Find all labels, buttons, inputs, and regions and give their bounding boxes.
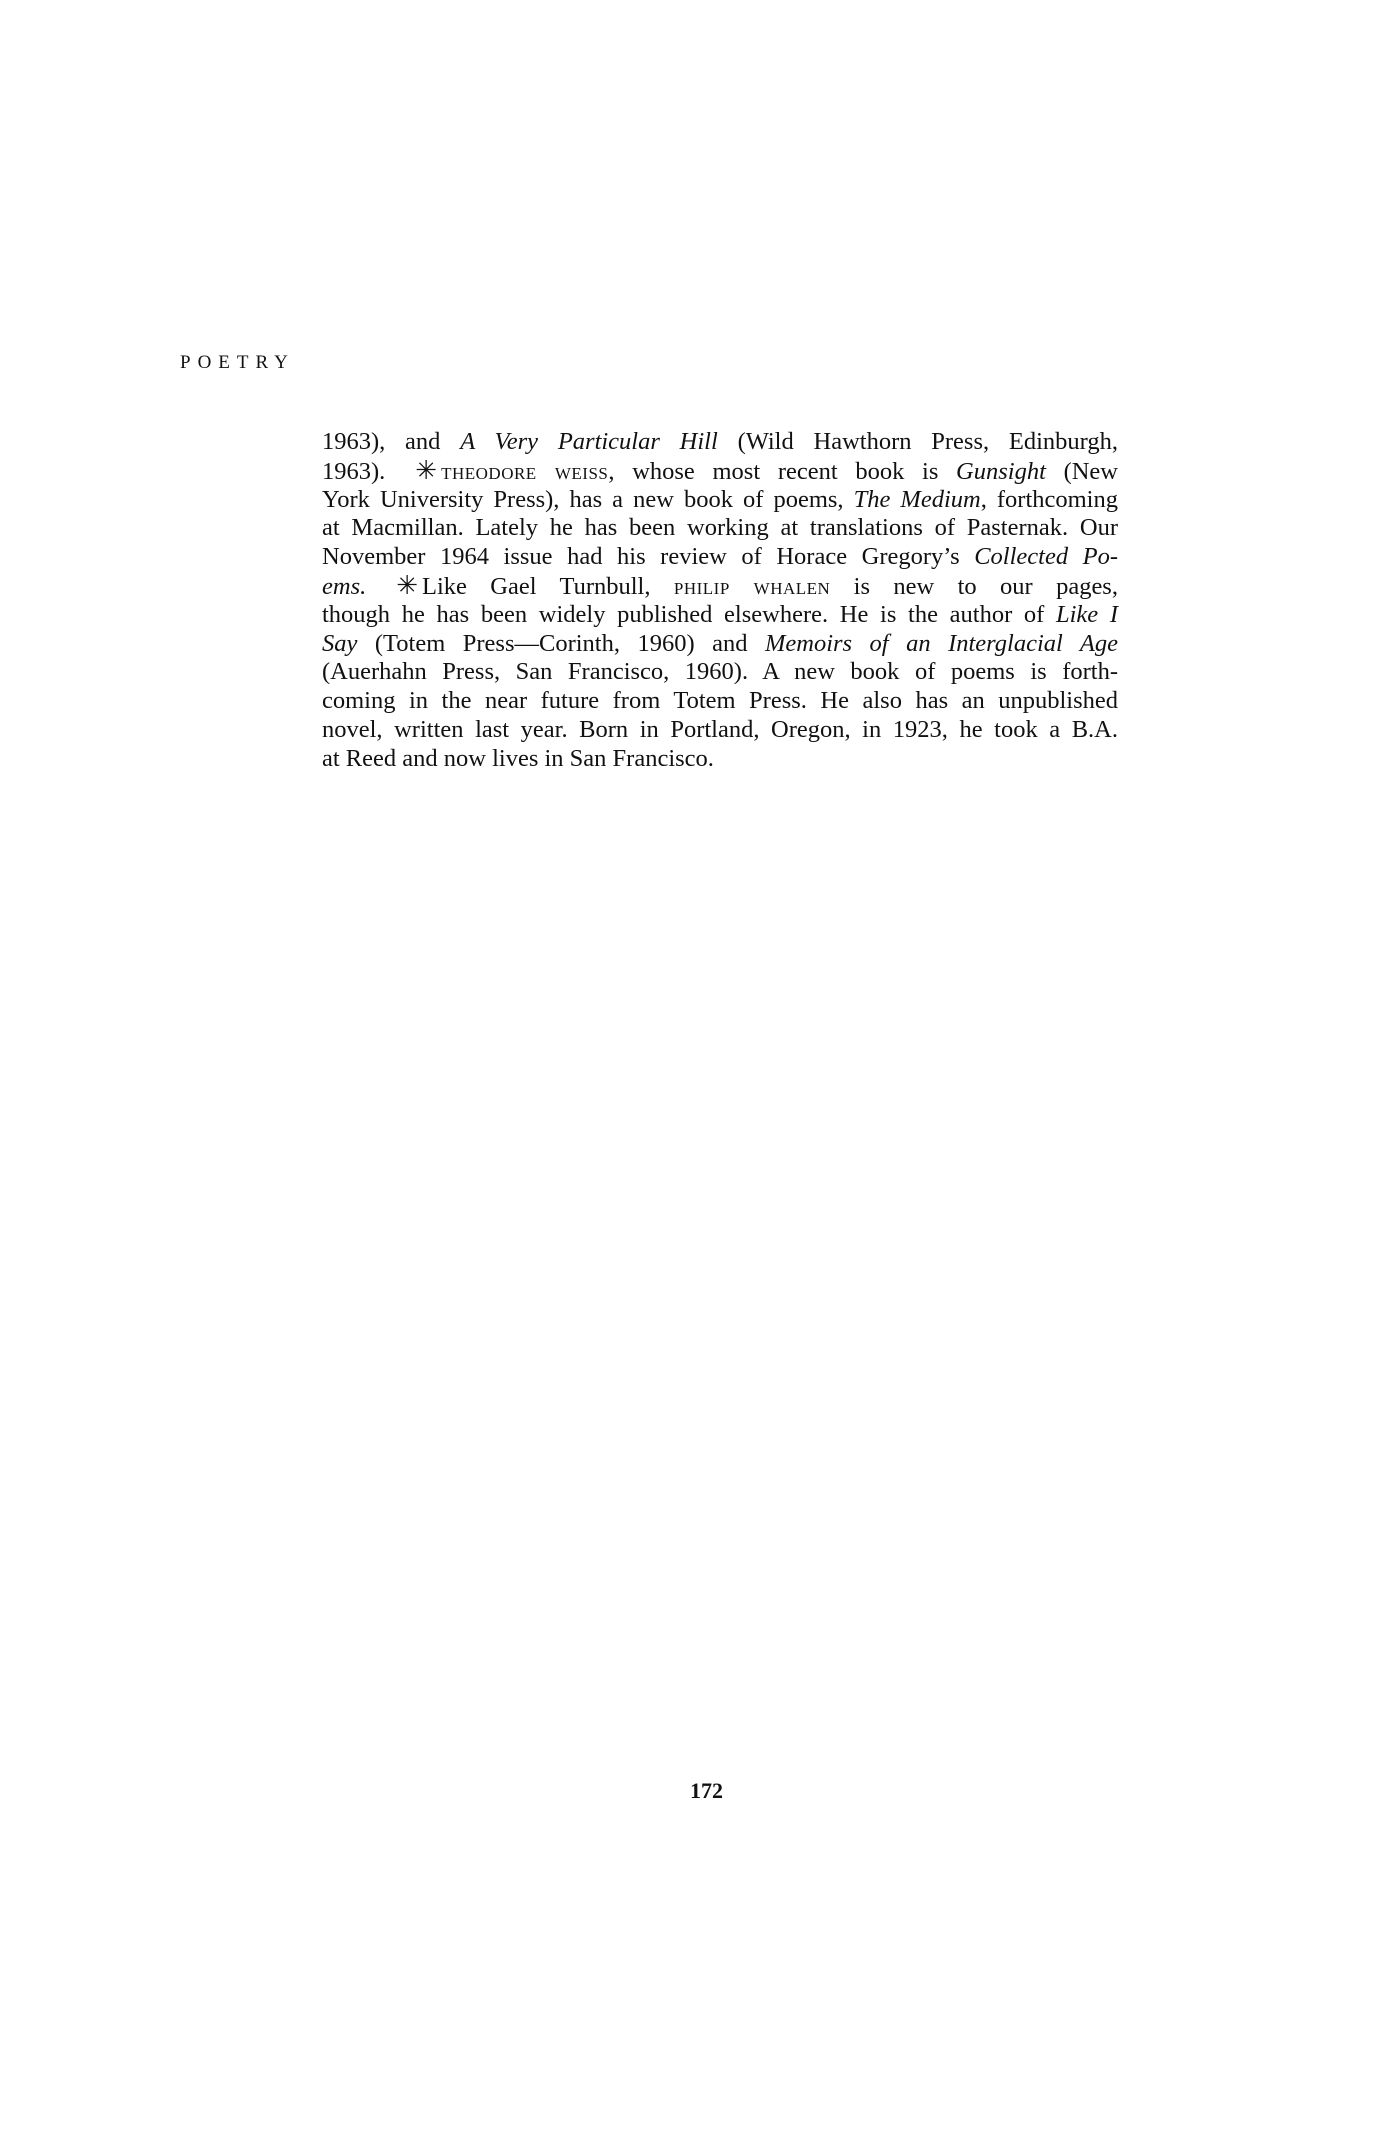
- italic-title: The Medium: [854, 486, 981, 513]
- contributor-name: Philip Whalen: [674, 573, 830, 600]
- contributor-notes: 1963), and A Very Particular Hill (Wild …: [322, 428, 1118, 774]
- text-run: 1963).: [322, 458, 385, 485]
- italic-title: Say: [322, 630, 357, 657]
- asterisk-separator-icon: ✳: [396, 572, 418, 601]
- italic-title: Collected Po-: [974, 543, 1118, 570]
- text-line: though he has been widely published else…: [322, 601, 1118, 630]
- text-run: November 1964 issue had his review of Ho…: [322, 543, 974, 570]
- text-run: York University Press), has a new book o…: [322, 486, 854, 513]
- text-line: Say (Totem Press—Corinth, 1960) and Memo…: [322, 630, 1118, 659]
- text-run: , whose most recent book is: [608, 458, 956, 485]
- text-run: at Reed and now lives in San Francisco.: [322, 745, 714, 772]
- italic-title: Like I: [1056, 601, 1118, 628]
- text-line: (Auerhahn Press, San Francisco, 1960). A…: [322, 658, 1118, 687]
- text-run: at Macmillan. Lately he has been working…: [322, 514, 1118, 541]
- text-line: novel, written last year. Born in Portla…: [322, 716, 1118, 745]
- text-run: though he has been widely published else…: [322, 601, 1056, 628]
- text-run: Like Gael Turnbull,: [422, 573, 674, 600]
- italic-title: A Very Particular Hill: [460, 428, 718, 455]
- text-run: is new to our pages,: [830, 573, 1118, 600]
- text-run: (Auerhahn Press, San Francisco, 1960). A…: [322, 658, 1118, 685]
- text-line: coming in the near future from Totem Pre…: [322, 687, 1118, 716]
- text-run: (New: [1046, 458, 1118, 485]
- contributor-name: Theodore Weiss: [441, 458, 608, 485]
- text-line: November 1964 issue had his review of Ho…: [322, 543, 1118, 572]
- italic-title: Gunsight: [956, 458, 1046, 485]
- text-run: , forthcoming: [981, 486, 1118, 513]
- text-line: ems.✳Like Gael Turnbull, Philip Whalen i…: [322, 572, 1118, 601]
- text-line: 1963), and A Very Particular Hill (Wild …: [322, 428, 1118, 457]
- text-line: 1963).✳Theodore Weiss, whose most recent…: [322, 457, 1118, 486]
- text-run: 1963), and: [322, 428, 460, 455]
- text-run: coming in the near future from Totem Pre…: [322, 687, 1118, 714]
- italic-title: ems.: [322, 573, 366, 600]
- text-line: York University Press), has a new book o…: [322, 486, 1118, 515]
- text-line: at Macmillan. Lately he has been working…: [322, 514, 1118, 543]
- italic-title: Memoirs of an Interglacial Age: [765, 630, 1118, 657]
- text-run: novel, written last year. Born in Portla…: [322, 716, 1118, 743]
- asterisk-separator-icon: ✳: [415, 457, 437, 486]
- page-number: 172: [690, 1778, 723, 1804]
- text-run: (Totem Press—Corinth, 1960) and: [357, 630, 765, 657]
- text-line: at Reed and now lives in San Francisco.: [322, 745, 1118, 774]
- running-head: POETRY: [180, 352, 295, 374]
- text-run: (Wild Hawthorn Press, Edinburgh,: [718, 428, 1118, 455]
